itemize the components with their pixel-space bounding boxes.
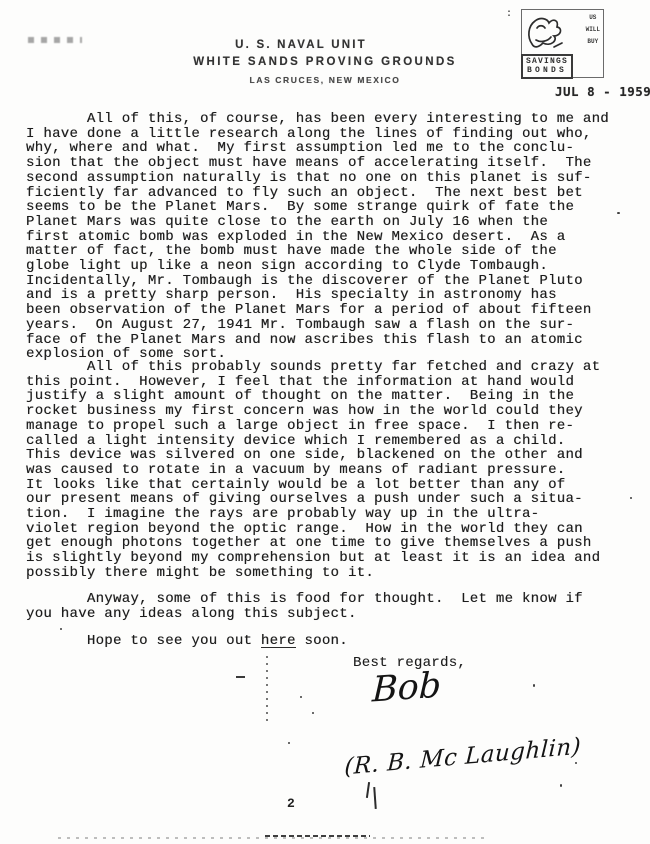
scan-artifact-colon: : [506, 9, 512, 20]
date-received-stamp: JUL 8 - 1959 [555, 84, 650, 99]
stamp-label-box: SAVINGS BONDS [521, 54, 573, 79]
stamp-label-savings: SAVINGS [526, 57, 568, 66]
scan-artifact-dotted-column [266, 656, 268, 724]
scan-artifact-dash [236, 676, 245, 678]
letter-paragraph-2: All of this probably sounds pretty far f… [26, 360, 600, 581]
scan-artifact-dot [630, 497, 632, 499]
savings-bonds-stamp: US WILL BUY SAVINGS BONDS [521, 9, 604, 78]
handwritten-signature-full-name: (R. B. Mc Laughlin) [344, 734, 582, 781]
scan-artifact-dot [60, 628, 62, 630]
scan-artifact-dot [533, 684, 535, 687]
scan-artifact-dot [560, 784, 562, 787]
stamp-label-bonds: BONDS [526, 66, 568, 75]
letter-paragraph-4: Hope to see you out here soon. [26, 634, 348, 649]
scan-artifact-dot [288, 742, 290, 744]
scan-artifact-dot [300, 696, 302, 698]
scanned-letter-page: U. S. NAVAL UNIT WHITE SANDS PROVING GRO… [0, 0, 650, 844]
scan-artifact-dot [312, 712, 314, 714]
page-number: 2 [287, 796, 295, 811]
letter-paragraph-1: All of this, of course, has been every i… [26, 112, 609, 362]
letter-paragraph-3: Anyway, some of this is food for thought… [26, 592, 583, 621]
scan-artifact-dot [575, 762, 577, 764]
stamp-small-text: US WILL BUY [586, 12, 600, 48]
scan-artifact-bottom-dashes-dark [265, 835, 370, 837]
scan-artifact-bottom-dashes [58, 837, 488, 839]
scan-artifact-dot [617, 212, 620, 214]
minuteman-doodle-icon [524, 13, 572, 60]
handwritten-signature-bob: Bob [371, 665, 441, 710]
scan-artifact-tick [366, 782, 370, 798]
scan-artifact-tick [373, 787, 377, 809]
